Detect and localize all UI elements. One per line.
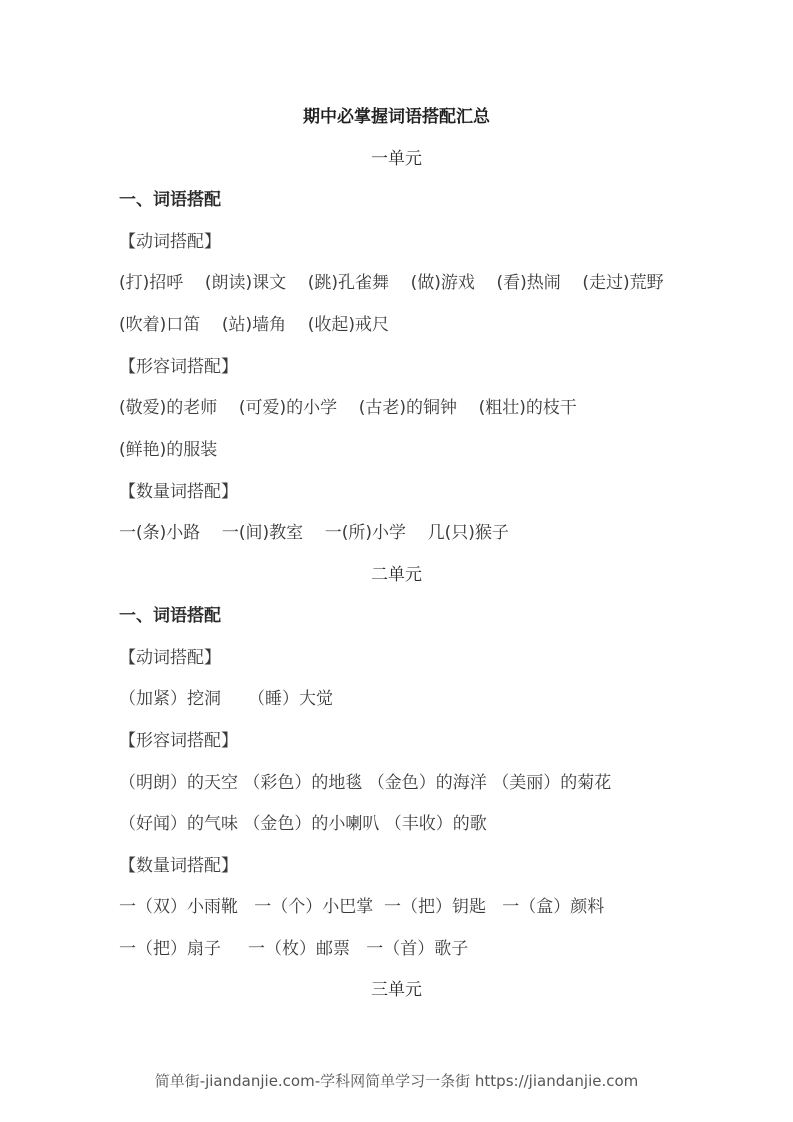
adjective-collocation-line: （明朗）的天空 （彩色）的地毯 （金色）的海洋 （美丽）的菊花 bbox=[119, 772, 611, 794]
adjective-collocation-line: (鲜艳)的服装 bbox=[119, 439, 217, 461]
group-label-verb: 【动词搭配】 bbox=[119, 647, 221, 669]
document-title: 期中必掌握词语搭配汇总 bbox=[0, 106, 793, 128]
unit-heading-3: 三单元 bbox=[0, 979, 793, 1001]
group-label-verb: 【动词搭配】 bbox=[119, 231, 221, 253]
section-heading-word-collocation: 一、词语搭配 bbox=[119, 605, 221, 627]
verb-collocation-line: (打)招呼 (朗读)课文 (跳)孔雀舞 (做)游戏 (看)热闹 (走过)荒野 bbox=[119, 272, 664, 294]
group-label-quantifier: 【数量词搭配】 bbox=[119, 481, 238, 503]
quantifier-collocation-line: 一(条)小路 一(间)教室 一(所)小学 几(只)猴子 bbox=[119, 522, 509, 544]
unit-heading-2: 二单元 bbox=[0, 564, 793, 586]
page-footer-watermark: 简单街-jiandanjie.com-学科网简单学习一条街 https://ji… bbox=[0, 1070, 793, 1091]
quantifier-collocation-line: 一（把）扇子 一（枚）邮票 一（首）歌子 bbox=[119, 938, 468, 960]
group-label-quantifier: 【数量词搭配】 bbox=[119, 855, 238, 877]
group-label-adjective: 【形容词搭配】 bbox=[119, 356, 238, 378]
document-page: 期中必掌握词语搭配汇总 一单元 一、词语搭配 【动词搭配】 (打)招呼 (朗读)… bbox=[0, 0, 793, 1122]
group-label-adjective: 【形容词搭配】 bbox=[119, 730, 238, 752]
unit-heading-1: 一单元 bbox=[0, 148, 793, 170]
adjective-collocation-line: （好闻）的气味 （金色）的小喇叭 （丰收）的歌 bbox=[119, 813, 487, 835]
adjective-collocation-line: (敬爱)的老师 (可爱)的小学 (古老)的铜钟 (粗壮)的枝干 bbox=[119, 397, 577, 419]
verb-collocation-line: (吹着)口笛 (站)墙角 (收起)戒尺 bbox=[119, 314, 389, 336]
section-heading-word-collocation: 一、词语搭配 bbox=[119, 189, 221, 211]
verb-collocation-line: （加紧）挖洞 （睡）大觉 bbox=[119, 688, 333, 710]
quantifier-collocation-line: 一（双）小雨靴 一（个）小巴掌 一（把）钥匙 一（盒）颜料 bbox=[119, 896, 604, 918]
